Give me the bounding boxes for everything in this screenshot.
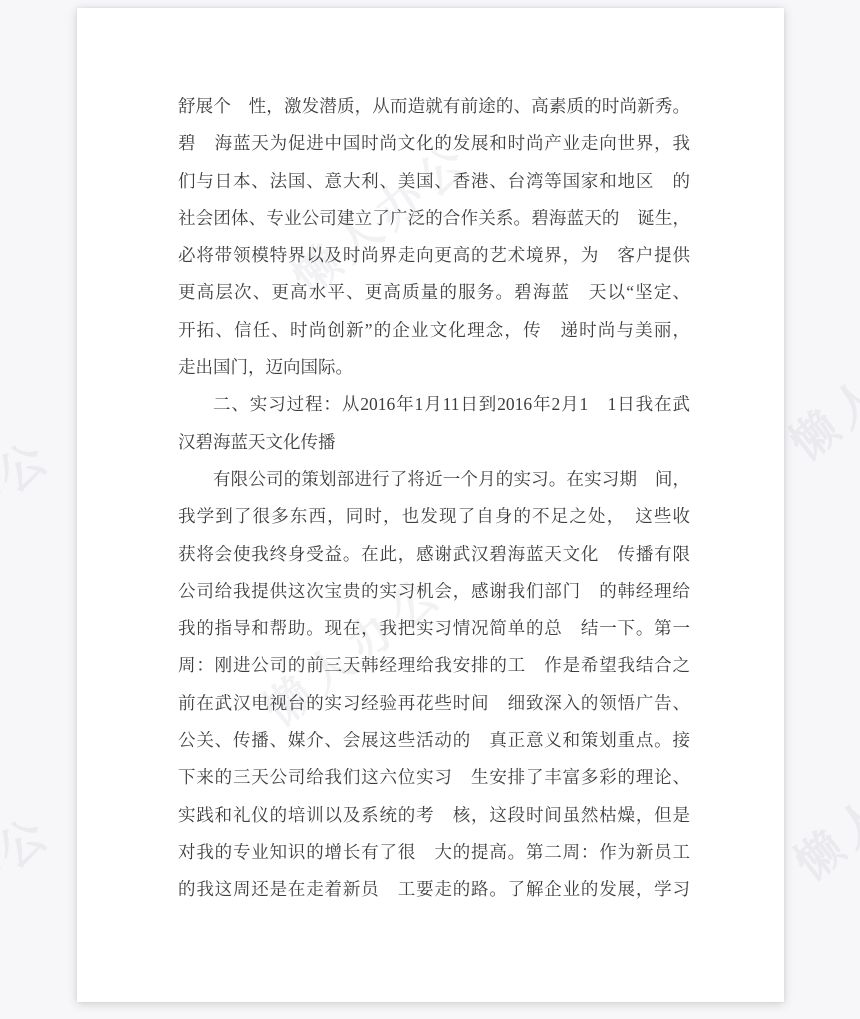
document-page: 舒展个 性，激发潜质，从而造就有前途的、高素质的时尚新秀。 碧 海蓝天为促进中国…	[77, 8, 784, 1002]
text-line: 公关、传播、媒介、会展这些活动的 真正意义和策划重点。接	[178, 722, 690, 759]
document-content: 舒展个 性，激发潜质，从而造就有前途的、高素质的时尚新秀。 碧 海蓝天为促进中国…	[77, 8, 784, 909]
text-line: 有限公司的策划部进行了将近一个月的实习。在实习期 间，	[178, 461, 690, 498]
text-line: 更高层次、更高水平、更高质量的服务。碧海蓝 天以“坚定、	[178, 274, 690, 311]
text-line: 必将带领模特界以及时尚界走向更高的艺术境界，为 客户提供	[178, 237, 690, 274]
text-line: 周：刚进公司的前三天韩经理给我安排的工 作是希望我结合之	[178, 647, 690, 684]
text-line: 实践和礼仪的培训以及系统的考 核，这段时间虽然枯燥，但是	[178, 797, 690, 834]
watermark: 懒人办公	[779, 711, 860, 894]
text-line: 获将会使我终身受益。在此，感谢武汉碧海蓝天文化 传播有限	[178, 536, 690, 573]
text-line: 舒展个 性，激发潜质，从而造就有前途的、高素质的时尚新秀。	[178, 88, 690, 125]
paragraph: 舒展个 性，激发潜质，从而造就有前途的、高素质的时尚新秀。 碧 海蓝天为促进中国…	[178, 88, 690, 386]
watermark: 懒人办公	[0, 421, 64, 604]
watermark: 懒人办公	[0, 797, 64, 980]
text-line: 开拓、信任、时尚创新”的企业文化理念，传 递时尚与美丽，	[178, 312, 690, 349]
text-line: 二、实习过程：从2016年1月11日到2016年2月1 1日我在武	[178, 386, 690, 423]
paragraph: 有限公司的策划部进行了将近一个月的实习。在实习期 间， 我学到了很多东西，同时，…	[178, 461, 690, 909]
paragraph: 二、实习过程：从2016年1月11日到2016年2月1 1日我在武 汉碧海蓝天文…	[178, 386, 690, 461]
text-line: 下来的三天公司给我们这六位实习 生安排了丰富多彩的理论、	[178, 759, 690, 796]
text-line: 碧 海蓝天为促进中国时尚文化的发展和时尚产业走向世界，我	[178, 125, 690, 162]
text-line: 汉碧海蓝天文化传播	[178, 424, 690, 461]
text-line: 的我这周还是在走着新员 工要走的路。了解企业的发展，学习	[178, 871, 690, 908]
text-line: 对我的专业知识的增长有了很 大的提高。第二周：作为新员工	[178, 834, 690, 871]
text-line: 公司给我提供这次宝贵的实习机会，感谢我们部门 的韩经理给	[178, 573, 690, 610]
text-line: 前在武汉电视台的实习经验再花些时间 细致深入的领悟广告、	[178, 685, 690, 722]
watermark: 懒人办公	[774, 291, 860, 474]
text-line: 社会团体、专业公司建立了广泛的合作关系。碧海蓝天的 诞生，	[178, 200, 690, 237]
text-line: 走出国门，迈向国际。	[178, 349, 690, 386]
text-line: 我学到了很多东西，同时，也发现了自身的不足之处， 这些收	[178, 498, 690, 535]
text-line: 们与日本、法国、意大利、美国、香港、台湾等国家和地区 的	[178, 163, 690, 200]
text-line: 我的指导和帮助。现在，我把实习情况简单的总 结一下。第一	[178, 610, 690, 647]
